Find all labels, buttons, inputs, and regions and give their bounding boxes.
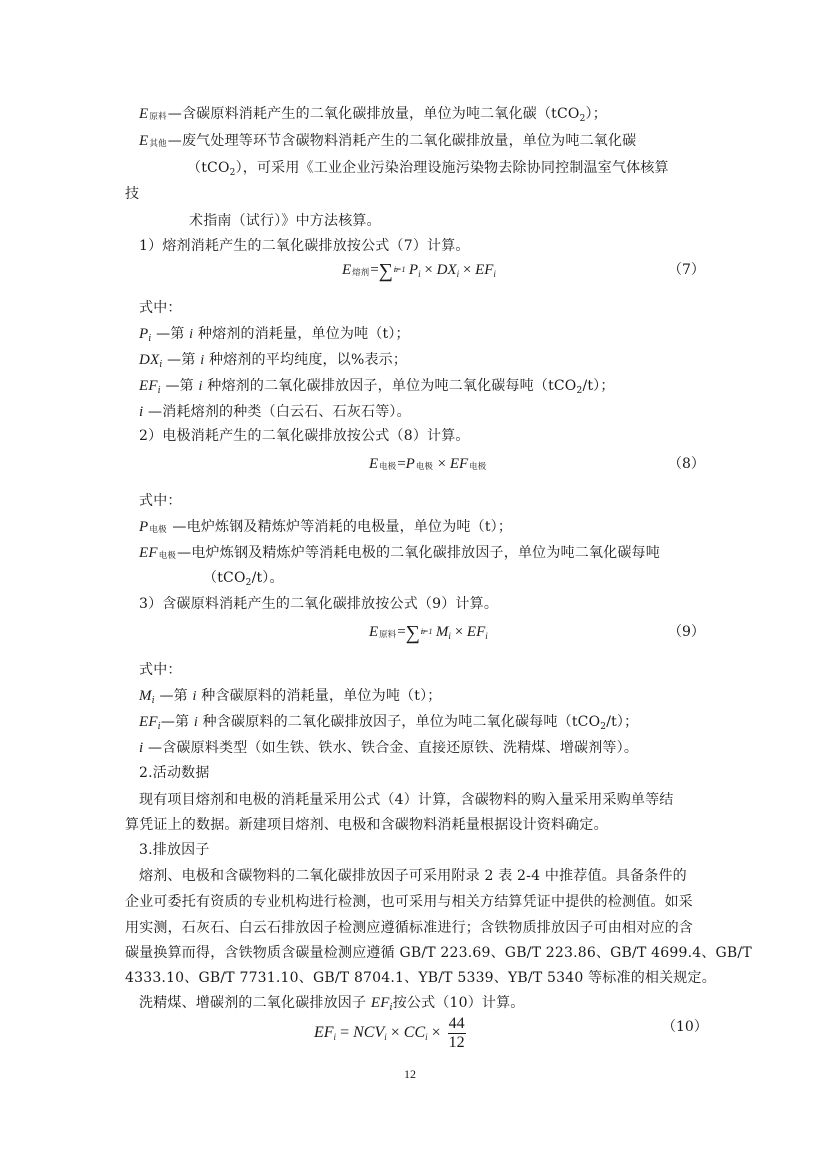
denominator: 12 (448, 1034, 466, 1052)
equation-number-9: （9） (668, 622, 705, 642)
formula-lhs: E (369, 456, 378, 472)
var-i-flux: i —消耗熔剂的种类（白云石、石灰石等）。 (139, 402, 411, 422)
text: —第 (161, 714, 194, 730)
equation-number-7: （7） (668, 260, 705, 280)
fraction: 4412 (448, 1015, 466, 1052)
text: /t）； (606, 714, 638, 730)
activity-paragraph-line-2: 算凭证上的数据。新建项目熔剂、电极和含碳物料消耗量根据设计资料确定。 (125, 815, 608, 835)
text: 按公式（10）计算。 (393, 995, 525, 1011)
text: —消耗熔剂的种类（白云石、石灰石等）。 (143, 404, 410, 420)
symbol: DX (139, 352, 159, 368)
formula-10: EFi = NCVi × CCi × 4412 (314, 1015, 466, 1052)
formula-lhs: E (342, 262, 351, 278)
formula-7: E熔剂=∑ni=1Pi × DXi × EFi (342, 258, 496, 286)
sigma-icon: ∑ (406, 622, 420, 644)
text: /t）。 (252, 570, 284, 586)
var-m-i: Mi —第 i 种含碳原料的消耗量，单位为吨（t）； (139, 686, 441, 711)
emission-paragraph-line-5: 4333.10、GB/T 7731.10、GB/T 8704.1、YB/T 53… (125, 968, 716, 988)
term-ef-sub: 电极 (469, 461, 486, 471)
text: —第 (161, 378, 199, 394)
times: × (438, 456, 446, 472)
section-1-heading: 1）熔剂消耗产生的二氧化碳排放按公式（7）计算。 (139, 236, 470, 256)
term-p: P (406, 456, 415, 472)
definition-e-other-cont3: 术指南（试行）》中方法核算。 (189, 211, 381, 231)
sum-limits: ni=1 (420, 622, 434, 642)
index: i (485, 631, 488, 641)
symbol: E (139, 133, 148, 149)
times: × (428, 1024, 445, 1041)
text: 种熔剂的二氧化碳排放因子，单位为吨二氧化碳每吨（tCO (203, 378, 577, 394)
var-dx-i: DXi —第 i 种熔剂的平均纯度，以%表示； (139, 350, 407, 375)
symbol: P (139, 326, 148, 342)
formula-9: E原料=∑ni=1Mi × EFi (369, 620, 488, 648)
subscript: 原料 (149, 112, 166, 122)
emission-paragraph-line-2: 企业可委托有资质的专业机构进行检测，也可采用与相关方结算凭证中提供的检测值。如采 (125, 892, 693, 912)
section-3-heading: 3）含碳原料消耗产生的二氧化碳排放按公式（9）计算。 (139, 594, 498, 614)
term-ef: EF (450, 456, 468, 472)
symbol: EF (139, 378, 158, 394)
subscript: 电极 (149, 525, 166, 535)
numerator: 44 (448, 1015, 466, 1034)
term-m: M (436, 624, 449, 640)
text: —第 (155, 688, 193, 704)
text: —电炉炼钢及精炼炉等消耗电极的二氧化碳排放因子，单位为吨二氧化碳每吨 (177, 545, 660, 561)
text: ），可采用《工业企业污染治理设施污染物去除协同控制温室气体核算 (236, 160, 669, 176)
text: —电炉炼钢及精炼炉等消耗的电极量，单位为吨（t）； (168, 519, 512, 535)
definition-text: —含碳原料消耗产生的二氧化碳排放量，单位为吨二氧化碳（tCO (168, 106, 580, 122)
definition-e-raw: E原料—含碳原料消耗产生的二氧化碳排放量，单位为吨二氧化碳（tCO2）； (139, 104, 607, 129)
emission-paragraph-line-4: 碳量换算而得，含铁物质含碳量检测应遵循 GB/T 223.69、GB/T 223… (125, 943, 752, 963)
activity-heading: 2.活动数据 (139, 763, 210, 783)
formula-lhs-sub: 原料 (379, 629, 396, 639)
text: —第 (163, 352, 201, 368)
where-label: 式中： (139, 298, 182, 318)
document-page: E原料—含碳原料消耗产生的二氧化碳排放量，单位为吨二氧化碳（tCO2）； E其他… (0, 0, 827, 1168)
sum-lower: i=1 (421, 620, 433, 644)
symbol: EF (139, 545, 158, 561)
formula-lhs: EF (314, 1024, 334, 1041)
symbol: M (139, 688, 152, 704)
var-i-raw: i —含碳原料类型（如生铁、铁水、铁合金、直接还原铁、洗精煤、增碳剂等）。 (139, 738, 638, 758)
text: （tCO (187, 160, 230, 176)
emission-paragraph-line-3: 用实测，石灰石、白云石排放因子检测应遵循标准进行；含铁物质排放因子可由相对应的含 (125, 918, 693, 938)
times: × (424, 262, 432, 278)
sigma-icon: ∑ (379, 260, 393, 282)
var-ef-i: EFi —第 i 种熔剂的二氧化碳排放因子，单位为吨二氧化碳每吨（tCO2/t）… (139, 376, 615, 401)
term-cc: CC (404, 1024, 425, 1041)
equals: = (336, 1024, 353, 1041)
section-2-heading: 2）电极消耗产生的二氧化碳排放按公式（8）计算。 (139, 426, 470, 446)
term-p-sub: 电极 (416, 461, 433, 471)
definition-e-other-cont2: 技 (125, 184, 139, 204)
text: /t）； (582, 378, 614, 394)
var-p-electrode: P电极 —电炉炼钢及精炼炉等消耗的电极量，单位为吨（t）； (139, 517, 512, 540)
term-p: P (409, 262, 418, 278)
formula-lhs: E (369, 624, 378, 640)
formula-8: E电极=P电极 × EF电极 (369, 452, 487, 478)
var-p-i: Pi —第 i 种熔剂的消耗量，单位为吨（t）； (139, 324, 410, 349)
definition-e-other: E其他—废气处理等环节含碳物料消耗产生的二氧化碳排放量，单位为吨二氧化碳 (139, 131, 636, 154)
var-ef-i-raw: EFi—第 i 种含碳原料的二氧化碳排放因子，单位为吨二氧化碳每吨（tCO2/t… (139, 712, 638, 737)
text: —含碳原料类型（如生铁、铁水、铁合金、直接还原铁、洗精煤、增碳剂等）。 (143, 740, 638, 756)
symbol: EF (139, 714, 158, 730)
times: × (387, 1024, 404, 1041)
index: i (493, 269, 496, 279)
subscript: 电极 (159, 551, 176, 561)
times: × (455, 624, 463, 640)
subscript: 其他 (149, 139, 166, 149)
equals: = (397, 624, 405, 640)
text: 种含碳原料的二氧化碳排放因子，单位为吨二氧化碳每吨（tCO (198, 714, 600, 730)
term-dx: DX (437, 262, 457, 278)
where-label: 式中： (139, 491, 182, 511)
formula-lhs-sub: 电极 (379, 461, 396, 471)
var-ef-electrode: EF电极—电炉炼钢及精炼炉等消耗电极的二氧化碳排放因子，单位为吨二氧化碳每吨 (139, 543, 660, 566)
equation-number-10: （10） (662, 1017, 708, 1037)
where-label: 式中： (139, 660, 182, 680)
emission-paragraph-line-1: 熔剂、电极和含碳物料的二氧化碳排放因子可采用附录 2 表 2-4 中推荐值。具备… (139, 866, 687, 886)
text: （tCO (203, 570, 246, 586)
equals: = (397, 456, 405, 472)
symbol: E (139, 106, 148, 122)
text: —第 (151, 326, 189, 342)
equals: = (370, 262, 378, 278)
activity-paragraph-line-1: 现有项目熔剂和电极的消耗量采用公式（4）计算，含碳物料的购入量采用采购单等结 (139, 790, 674, 810)
text: 种熔剂的平均纯度，以%表示； (204, 352, 407, 368)
symbol: EF (371, 995, 390, 1011)
sum-lower: i=1 (394, 258, 406, 282)
emission-heading: 3.排放因子 (139, 840, 210, 860)
text: 洗精煤、增碳剂的二氧化碳排放因子 (139, 995, 371, 1011)
page-number: 12 (404, 1066, 416, 1082)
definition-e-other-cont1: （tCO2），可采用《工业企业污染治理设施污染物去除协同控制温室气体核算 (187, 158, 669, 183)
term-ef: EF (475, 262, 493, 278)
equation-number-8: （8） (668, 454, 705, 474)
formula-lhs-sub: 熔剂 (352, 267, 369, 277)
term-ncv: NCV (353, 1024, 384, 1041)
text: 种熔剂的消耗量，单位为吨（t）； (193, 326, 409, 342)
text: 种含碳原料的消耗量，单位为吨（t）； (197, 688, 442, 704)
term-ef: EF (467, 624, 485, 640)
symbol: P (139, 519, 148, 535)
definition-text: —废气处理等环节含碳物料消耗产生的二氧化碳排放量，单位为吨二氧化碳 (168, 133, 637, 149)
definition-tail: ）； (586, 106, 607, 122)
sum-limits: ni=1 (393, 260, 407, 280)
var-ef-electrode-cont: （tCO2/t）。 (203, 568, 284, 593)
